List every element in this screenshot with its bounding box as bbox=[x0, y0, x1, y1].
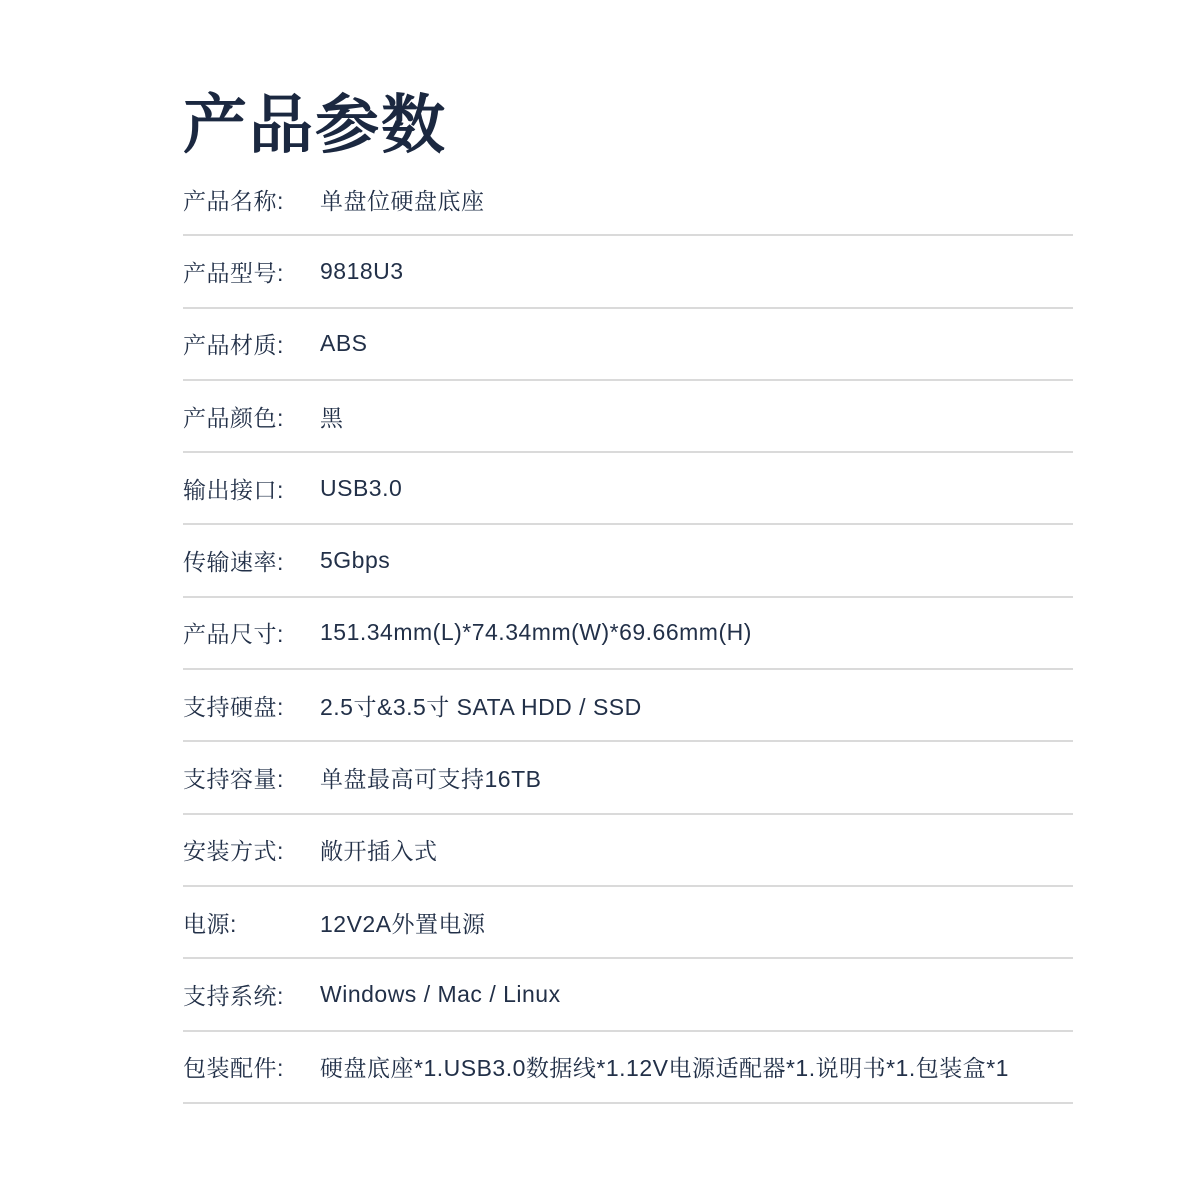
spec-row: 输出接口: USB3.0 bbox=[183, 453, 1073, 525]
spec-value: USB3.0 bbox=[320, 475, 1073, 502]
spec-label: 包装配件: bbox=[183, 1050, 320, 1083]
spec-value: ABS bbox=[320, 330, 1073, 357]
page-title: 产品参数 bbox=[183, 86, 1073, 164]
spec-label: 支持系统: bbox=[183, 978, 320, 1011]
spec-row: 产品尺寸: 151.34mm(L)*74.34mm(W)*69.66mm(H) bbox=[183, 598, 1073, 670]
spec-row: 传输速率: 5Gbps bbox=[183, 525, 1073, 597]
spec-row: 支持容量: 单盘最高可支持16TB bbox=[183, 742, 1073, 814]
spec-label: 支持容量: bbox=[183, 761, 320, 794]
spec-label: 传输速率: bbox=[183, 544, 320, 577]
spec-row: 产品名称: 单盘位硬盘底座 bbox=[183, 164, 1073, 236]
spec-label: 支持硬盘: bbox=[183, 689, 320, 722]
spec-label: 产品名称: bbox=[183, 183, 320, 216]
product-spec-page: 产品参数 产品名称: 单盘位硬盘底座 产品型号: 9818U3 产品材质: AB… bbox=[0, 0, 1200, 1200]
spec-value: 5Gbps bbox=[320, 547, 1073, 574]
spec-value: 敞开插入式 bbox=[320, 833, 1073, 866]
spec-row: 支持系统: Windows / Mac / Linux bbox=[183, 959, 1073, 1031]
spec-label: 产品尺寸: bbox=[183, 616, 320, 649]
spec-label: 安装方式: bbox=[183, 833, 320, 866]
spec-row: 支持硬盘: 2.5寸&3.5寸 SATA HDD / SSD bbox=[183, 670, 1073, 742]
spec-row: 安装方式: 敞开插入式 bbox=[183, 815, 1073, 887]
spec-row: 包装配件: 硬盘底座*1.USB3.0数据线*1.12V电源适配器*1.说明书*… bbox=[183, 1032, 1073, 1104]
spec-value: 12V2A外置电源 bbox=[320, 906, 1073, 939]
spec-content: 产品参数 产品名称: 单盘位硬盘底座 产品型号: 9818U3 产品材质: AB… bbox=[183, 86, 1073, 1104]
spec-label: 输出接口: bbox=[183, 472, 320, 505]
spec-label: 产品颜色: bbox=[183, 400, 320, 433]
spec-value: 单盘最高可支持16TB bbox=[320, 761, 1073, 794]
spec-row: 电源: 12V2A外置电源 bbox=[183, 887, 1073, 959]
spec-value: 黑 bbox=[320, 400, 1073, 433]
spec-value: 单盘位硬盘底座 bbox=[320, 183, 1073, 216]
spec-row: 产品颜色: 黑 bbox=[183, 381, 1073, 453]
spec-value: 151.34mm(L)*74.34mm(W)*69.66mm(H) bbox=[320, 619, 1073, 646]
spec-table: 产品名称: 单盘位硬盘底座 产品型号: 9818U3 产品材质: ABS 产品颜… bbox=[183, 164, 1073, 1104]
spec-label: 电源: bbox=[183, 906, 320, 939]
spec-row: 产品型号: 9818U3 bbox=[183, 236, 1073, 308]
spec-value: 2.5寸&3.5寸 SATA HDD / SSD bbox=[320, 689, 1073, 722]
spec-label: 产品材质: bbox=[183, 327, 320, 360]
spec-value: 硬盘底座*1.USB3.0数据线*1.12V电源适配器*1.说明书*1.包装盒*… bbox=[320, 1050, 1073, 1083]
spec-label: 产品型号: bbox=[183, 255, 320, 288]
spec-row: 产品材质: ABS bbox=[183, 309, 1073, 381]
spec-value: 9818U3 bbox=[320, 258, 1073, 285]
spec-value: Windows / Mac / Linux bbox=[320, 981, 1073, 1008]
